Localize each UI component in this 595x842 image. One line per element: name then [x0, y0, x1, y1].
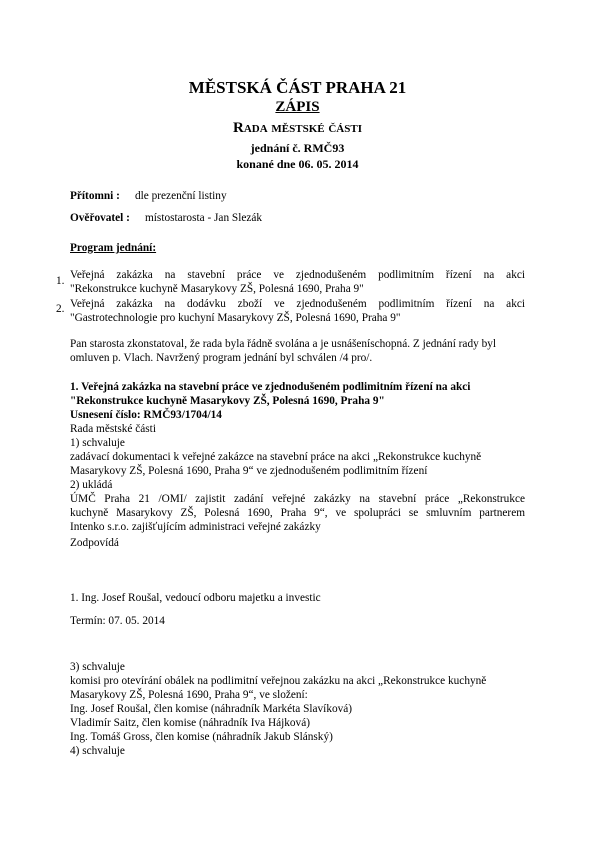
- program-item: Veřejná zakázka na stavební práce ve zje…: [70, 268, 525, 282]
- section-heading: 1. Veřejná zakázka na stavební práce ve …: [70, 380, 470, 394]
- present-value: dle prezenční listiny: [135, 189, 227, 203]
- council-name: Rada městské části: [0, 120, 595, 137]
- clause-label: 4) schvaluje: [70, 744, 125, 758]
- clause-label: 2) ukládá: [70, 478, 112, 492]
- program-item-number: 2.: [56, 303, 64, 315]
- responsible-label: Zodpovídá: [70, 536, 119, 550]
- program-item-line2: "Gastrotechnologie pro kuchyní Masarykov…: [70, 311, 401, 325]
- committee-member: Ing. Josef Roušal, člen komise (náhradní…: [70, 702, 352, 716]
- section-heading-line2: "Rekonstrukce kuchyně Masarykovy ZŠ, Pol…: [70, 394, 385, 408]
- document-type: ZÁPIS: [0, 99, 595, 116]
- responsible-person: 1. Ing. Josef Roušal, vedoucí odboru maj…: [70, 591, 321, 605]
- clause-label: 1) schvaluje: [70, 436, 125, 450]
- resolution-number: Usnesení číslo: RMČ93/1704/14: [70, 408, 222, 422]
- committee-member: Vladimír Saitz, člen komise (náhradník I…: [70, 716, 310, 730]
- meeting-date: konané dne 06. 05. 2014: [0, 157, 595, 172]
- committee-member: Ing. Tomáš Gross, člen komise (náhradník…: [70, 730, 333, 744]
- municipality-title: MĚSTSKÁ ČÁST PRAHA 21: [0, 78, 595, 98]
- verifier-label: Ověřovatel :: [70, 211, 130, 225]
- verifier-value: místostarosta - Jan Slezák: [145, 211, 262, 225]
- program-item: Veřejná zakázka na dodávku zboží ve zjed…: [70, 297, 525, 311]
- meeting-number: jednání č. RMČ93: [0, 141, 595, 156]
- deadline: Termín: 07. 05. 2014: [70, 614, 165, 628]
- council-label: Rada městské části: [70, 422, 156, 436]
- present-label: Přítomni :: [70, 189, 120, 203]
- program-item-line2: "Rekonstrukce kuchyně Masarykovy ZŠ, Pol…: [70, 282, 364, 296]
- program-heading: Program jednání:: [70, 241, 156, 255]
- clause-label: 3) schvaluje: [70, 660, 125, 674]
- program-item-number: 1.: [56, 275, 64, 287]
